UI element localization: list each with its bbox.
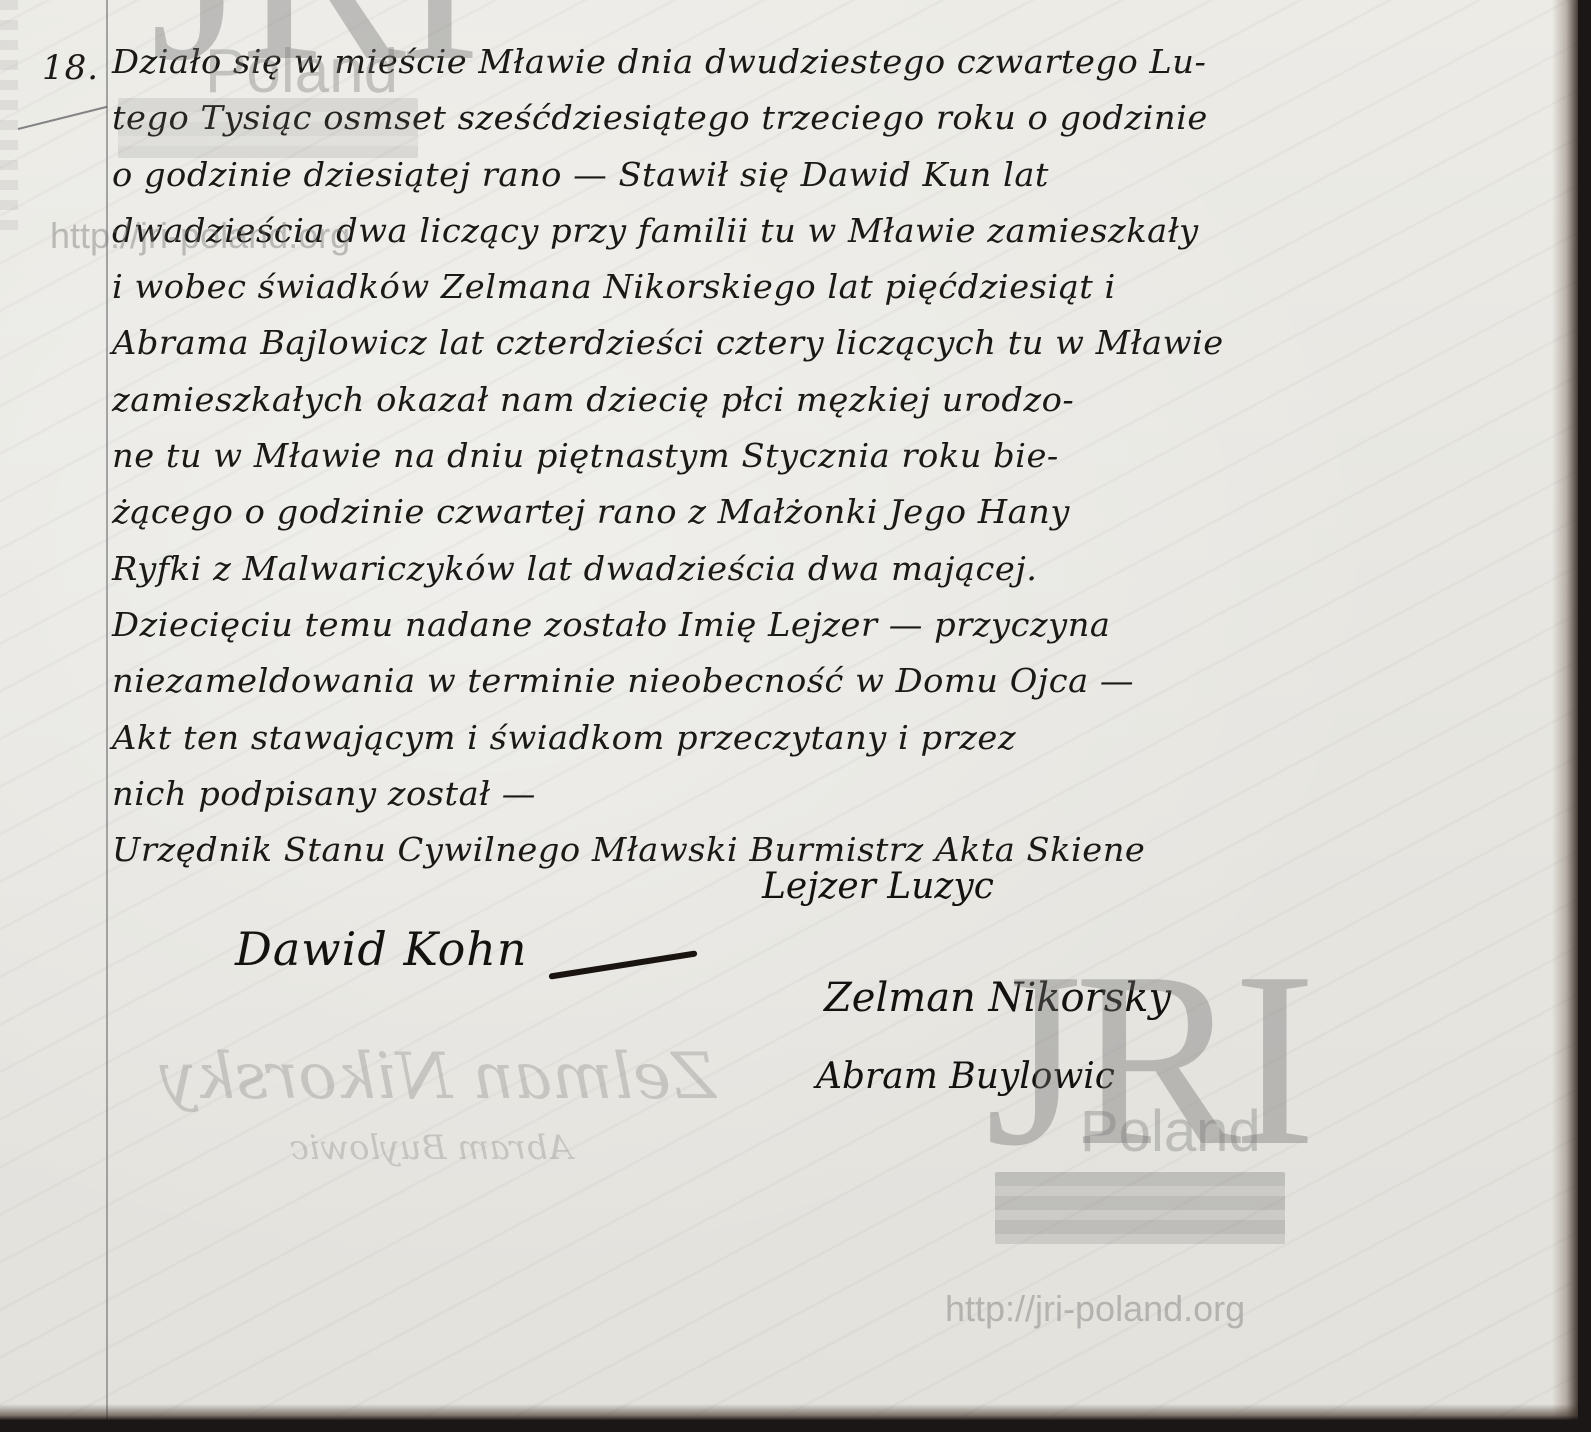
entry-number: 18. (42, 48, 99, 88)
margin-mark (18, 106, 108, 130)
watermark-book-icon (995, 1172, 1285, 1244)
record-line: i wobec świadków Zelmana Nikorskiego lat… (112, 259, 1530, 315)
document-page: 18. Działo się w mieście Mławie dnia dwu… (0, 0, 1578, 1420)
signature-witness-1: Zelman Nikorsky (824, 975, 1171, 1021)
binding-edge (0, 0, 18, 240)
record-line: żącego o godzinie czwartej rano z Małżon… (112, 484, 1530, 540)
watermark-book-icon (118, 98, 418, 158)
watermark-logo-subtext: Poland (1080, 1098, 1261, 1165)
watermark-url: http://jri-poland.org (945, 1288, 1245, 1330)
record-line: nich podpisany został — (112, 766, 1530, 822)
record-line: Akt ten stawającym i świadkom przeczytan… (112, 710, 1530, 766)
record-line: zamieszkałych okazał nam dziecię płci mę… (112, 372, 1530, 428)
signature-witness-2: Abram Buylowic (816, 1056, 1115, 1097)
record-line: Dziecięciu temu nadane zostało Imię Lejz… (112, 597, 1530, 653)
signature-flourish (548, 950, 697, 979)
record-line: Abrama Bajlowicz lat czterdzieści cztery… (112, 315, 1530, 371)
record-line: dwadzieścia dwa liczący przy familii tu … (112, 203, 1530, 259)
signature-father: Dawid Kohn (235, 922, 528, 976)
margin-rule (106, 0, 108, 1420)
record-text: Działo się w mieście Mławie dnia dwudzie… (112, 34, 1502, 878)
record-line: niezameldowania w terminie nieobecność w… (112, 653, 1530, 709)
signature-official: Lejzer Luzyc (762, 866, 994, 907)
bleed-through-signature: Zelman Nikorsky (160, 1040, 715, 1114)
record-line: ne tu w Mławie na dniu piętnastym Styczn… (112, 428, 1530, 484)
record-line: Ryfki z Malwariczyków lat dwadzieścia dw… (112, 541, 1530, 597)
record-line: Działo się w mieście Mławie dnia dwudzie… (112, 34, 1530, 90)
bleed-through-signature: Abram Buylowic (290, 1128, 572, 1168)
